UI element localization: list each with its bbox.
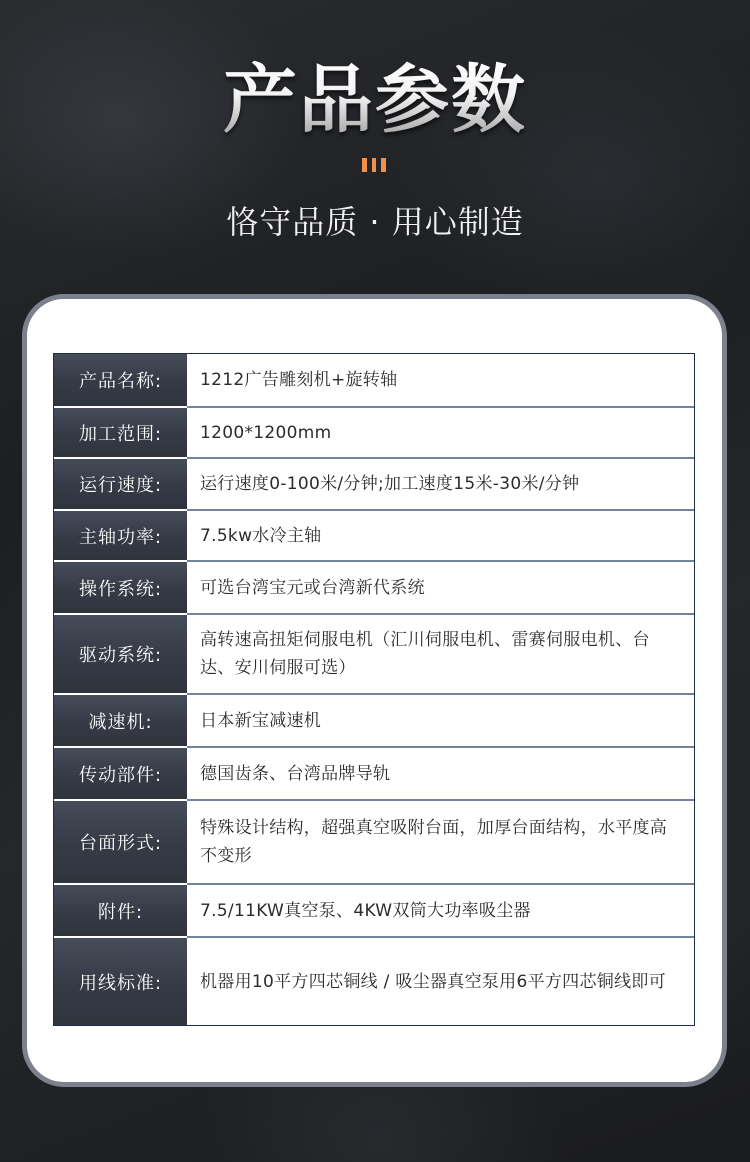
spec-value: 特殊设计结构，超强真空吸附台面，加厚台面结构，水平度高不变形: [187, 799, 694, 883]
page-subtitle: 恪守品质 · 用心制造: [0, 200, 750, 244]
spec-row-accessories: 附件: 7.5/11KW真空泵、4KW双筒大功率吸尘器: [54, 883, 694, 936]
accent-bar: [381, 158, 386, 172]
spec-label: 附件:: [54, 883, 187, 936]
spec-row-wiring-standard: 用线标准: 机器用10平方四芯铜线 / 吸尘器真空泵用6平方四芯铜线即可: [54, 936, 694, 1025]
accent-bars-icon: [362, 158, 386, 172]
spec-row-reducer: 减速机: 日本新宝减速机: [54, 693, 694, 746]
spec-row-spindle-power: 主轴功率: 7.5kw水冷主轴: [54, 509, 694, 560]
spec-row-operating-system: 操作系统: 可选台湾宝元或台湾新代系统: [54, 560, 694, 613]
spec-table: 产品名称: 1212广告雕刻机+旋转轴 加工范围: 1200*1200mm 运行…: [53, 353, 695, 1026]
spec-label: 减速机:: [54, 693, 187, 746]
spec-label: 驱动系统:: [54, 613, 187, 693]
spec-value: 高转速高扭矩伺服电机（汇川伺服电机、雷赛伺服电机、台达、安川伺服可选）: [187, 613, 694, 693]
spec-value: 1200*1200mm: [187, 406, 694, 457]
spec-value: 日本新宝减速机: [187, 693, 694, 746]
spec-value: 7.5kw水冷主轴: [187, 509, 694, 560]
accent-bar: [372, 158, 377, 172]
spec-row-drive-system: 驱动系统: 高转速高扭矩伺服电机（汇川伺服电机、雷赛伺服电机、台达、安川伺服可选…: [54, 613, 694, 693]
spec-label: 用线标准:: [54, 936, 187, 1025]
spec-row-transmission: 传动部件: 德国齿条、台湾品牌导轨: [54, 746, 694, 799]
spec-value: 7.5/11KW真空泵、4KW双筒大功率吸尘器: [187, 883, 694, 936]
spec-row-product-name: 产品名称: 1212广告雕刻机+旋转轴: [54, 354, 694, 406]
spec-label: 运行速度:: [54, 457, 187, 509]
spec-row-processing-range: 加工范围: 1200*1200mm: [54, 406, 694, 457]
spec-label: 操作系统:: [54, 560, 187, 613]
spec-value: 德国齿条、台湾品牌导轨: [187, 746, 694, 799]
spec-row-table-type: 台面形式: 特殊设计结构，超强真空吸附台面，加厚台面结构，水平度高不变形: [54, 799, 694, 883]
spec-label: 台面形式:: [54, 799, 187, 883]
spec-label: 主轴功率:: [54, 509, 187, 560]
spec-label: 加工范围:: [54, 406, 187, 457]
spec-value: 运行速度0-100米/分钟;加工速度15米-30米/分钟: [187, 457, 694, 509]
spec-row-speed: 运行速度: 运行速度0-100米/分钟;加工速度15米-30米/分钟: [54, 457, 694, 509]
spec-label: 产品名称:: [54, 354, 187, 406]
spec-label: 传动部件:: [54, 746, 187, 799]
spec-value: 1212广告雕刻机+旋转轴: [187, 354, 694, 406]
spec-value: 机器用10平方四芯铜线 / 吸尘器真空泵用6平方四芯铜线即可: [187, 936, 694, 1025]
page-title: 产品参数: [0, 58, 750, 142]
accent-bar: [362, 158, 367, 172]
spec-value: 可选台湾宝元或台湾新代系统: [187, 560, 694, 613]
